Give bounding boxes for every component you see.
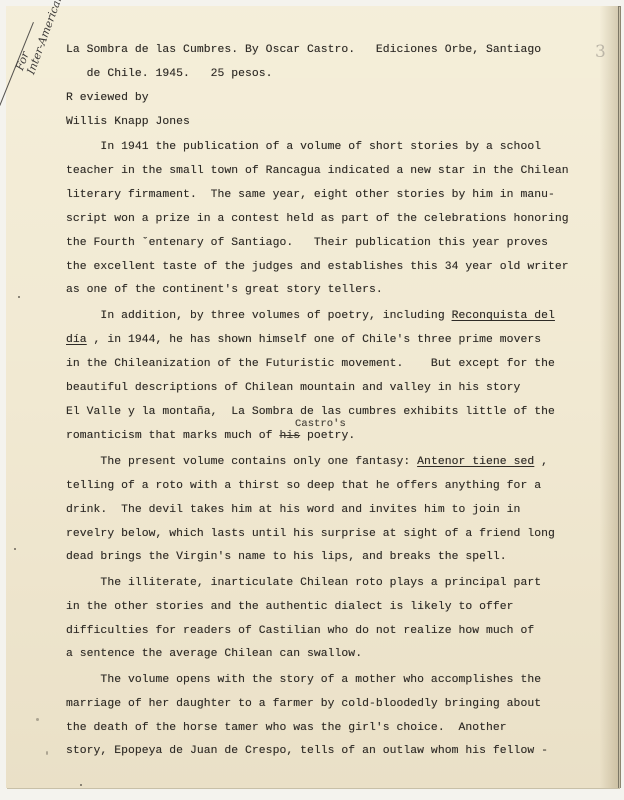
p3-line-1: The present volume contains only one fan… [66, 456, 548, 468]
p1-line-1: In 1941 the publication of a volume of s… [66, 141, 541, 153]
p5-line-3: the death of the horse tamer who was the… [66, 722, 507, 734]
p1-line-3: literary firmament. The same year, eight… [66, 189, 555, 201]
p5-line-2: marriage of her daughter to a farmer by … [66, 698, 541, 710]
p1-line-6: the excellent taste of the judges and es… [66, 261, 569, 273]
paper-speck [14, 548, 16, 550]
p4-line-1: The illiterate, inarticulate Chilean rot… [66, 577, 541, 589]
p2-line-2-text: , in 1944, he has shown himself one of C… [87, 334, 541, 346]
p3-line-4: revelry below, which lasts until his sur… [66, 528, 555, 540]
p2-line-6-suffix: poetry. [300, 430, 355, 442]
p5-line-1: The volume opens with the story of a mot… [66, 674, 541, 686]
p2-line-2: día , in 1944, he has shown himself one … [66, 334, 541, 346]
p2-line-4: beautiful descriptions of Chilean mounta… [66, 382, 520, 394]
document-page: For Inter-American 3 La Sombra de las Cu… [6, 6, 619, 788]
p5-line-4: story, Epopeya de Juan de Crespo, tells … [66, 745, 548, 757]
p4-line-4: a sentence the average Chilean can swall… [66, 648, 362, 660]
p3-line-1-suffix: , [534, 456, 548, 468]
citation-line-1: La Sombra de las Cumbres. By Oscar Castr… [66, 44, 541, 56]
p4-line-3: difficulties for readers of Castilian wh… [66, 625, 534, 637]
handwritten-annotation: For Inter-American [14, 0, 67, 76]
p1-line-2: teacher in the small town of Rancagua in… [66, 165, 569, 177]
typewritten-text: La Sombra de las Cumbres. By Oscar Castr… [66, 6, 606, 534]
struck-out-word: his [279, 430, 300, 442]
p2-line-6: romanticism that marks much of his poetr… [66, 430, 355, 442]
p2-line-3: in the Chileanization of the Futuristic … [66, 358, 555, 370]
book-title-reconquista: Reconquista del [452, 310, 555, 322]
citation-line-2: de Chile. 1945. 25 pesos. [66, 68, 273, 80]
paper-speck [36, 718, 39, 721]
reviewer-name: Willis Knapp Jones [66, 116, 190, 128]
p1-line-5: the Fourth ˇentenary of Santiago. Their … [66, 237, 548, 249]
p3-line-1-text: The present volume contains only one fan… [66, 456, 417, 468]
p2-line-1-text: In addition, by three volumes of poetry,… [66, 310, 452, 322]
book-title-reconquista-cont: día [66, 334, 87, 346]
p1-line-4: script won a prize in a contest held as … [66, 213, 569, 225]
p1-line-7: as one of the continent's great story te… [66, 284, 383, 296]
paper-speck [18, 296, 20, 298]
paper-speck [46, 751, 48, 755]
p3-line-5: dead brings the Virgin's name to his lip… [66, 551, 507, 563]
p2-line-5: El Valle y la montaña, La Sombra de las … [66, 406, 555, 418]
p3-line-2: telling of a roto with a thirst so deep … [66, 480, 541, 492]
book-title-antenor: Antenor tiene sed [417, 456, 534, 468]
p2-line-6-prefix: romanticism that marks much of [66, 430, 279, 442]
p3-line-3: drink. The devil takes him at his word a… [66, 504, 520, 516]
paper-speck [80, 784, 82, 786]
interlinear-insertion: Castro's [295, 418, 346, 430]
p2-line-1: In addition, by three volumes of poetry,… [66, 310, 555, 322]
p4-line-2: in the other stories and the authentic d… [66, 601, 514, 613]
reviewed-by-label: R eviewed by [66, 92, 149, 104]
